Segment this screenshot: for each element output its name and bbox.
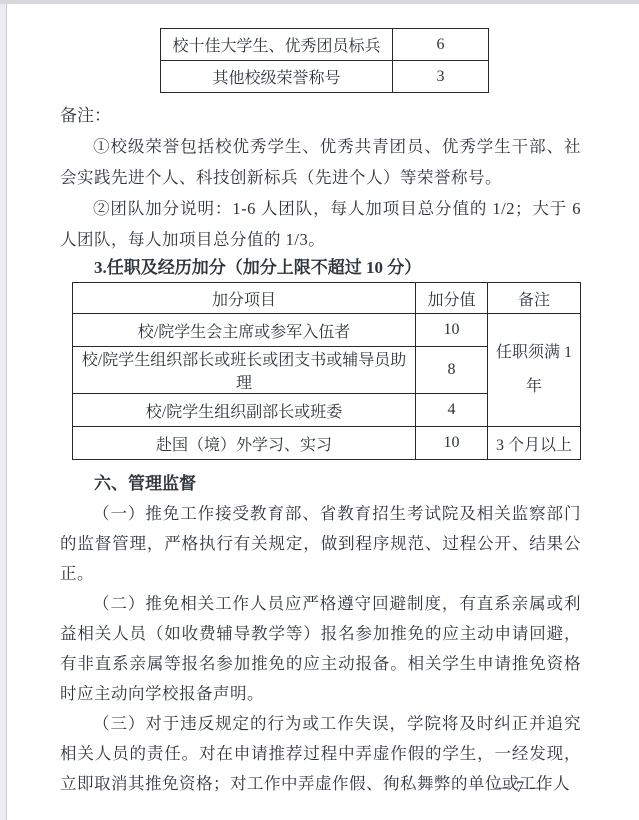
page-left-edge xyxy=(0,4,7,820)
note-paragraph-1: ①校级荣誉包括校优秀学生、优秀共青团员、优秀学生干部、社会实践先进个人、科技创新… xyxy=(60,131,581,193)
page-number: — 7 — xyxy=(494,779,547,797)
honor-item-cell: 校十佳大学生、优秀团员标兵 xyxy=(161,29,393,61)
table-row: 其他校级荣誉称号 3 xyxy=(161,61,489,93)
notes-label: 备注： xyxy=(60,100,581,131)
note-paragraph-2: ②团队加分说明：1-6 人团队，每人加项目总分值的 1/2；大于 6 人团队，每… xyxy=(60,193,581,255)
position-item-cell: 赴国（境）外学习、实习 xyxy=(73,427,416,460)
honor-value-cell: 3 xyxy=(393,61,489,93)
position-score-table: 加分项目 加分值 备注 校/院学生会主席或参军入伍者 10 任职须满 1 年 校… xyxy=(72,282,581,460)
table-row: 校十佳大学生、优秀团员标兵 6 xyxy=(161,29,489,61)
position-value-cell: 4 xyxy=(416,394,488,427)
supervision-heading: 六、管理监督 xyxy=(60,469,581,499)
position-score-heading: 3.任职及经历加分（加分上限不超过 10 分） xyxy=(60,255,581,281)
position-item-cell: 校/院学生会主席或参军入伍者 xyxy=(73,314,416,347)
table-row: 校/院学生会主席或参军入伍者 10 任职须满 1 年 xyxy=(73,314,581,347)
table-header-row: 加分项目 加分值 备注 xyxy=(73,283,581,314)
column-header-remark: 备注 xyxy=(488,283,581,314)
honor-score-table: 校十佳大学生、优秀团员标兵 6 其他校级荣誉称号 3 xyxy=(160,28,489,93)
supervision-paragraph-1: （一）推免工作接受教育部、省教育招生考试院及相关监察部门的监督管理，严格执行有关… xyxy=(60,499,581,589)
column-header-item: 加分项目 xyxy=(73,283,416,314)
supervision-paragraph-2: （二）推免相关工作人员应严格遵守回避制度，有直系亲属或利益相关人员（如收费辅导教… xyxy=(60,589,581,709)
column-header-value: 加分值 xyxy=(416,283,488,314)
position-item-cell: 校/院学生组织副部长或班委 xyxy=(73,394,416,427)
document-page: 校十佳大学生、优秀团员标兵 6 其他校级荣誉称号 3 备注： ①校级荣誉包括校优… xyxy=(60,4,581,799)
position-value-cell: 8 xyxy=(416,347,488,394)
table-row: 赴国（境）外学习、实习 10 3 个月以上 xyxy=(73,427,581,460)
honor-item-cell: 其他校级荣誉称号 xyxy=(161,61,393,93)
position-value-cell: 10 xyxy=(416,427,488,460)
honor-value-cell: 6 xyxy=(393,29,489,61)
position-value-cell: 10 xyxy=(416,314,488,347)
position-item-cell: 校/院学生组织部长或班长或团支书或辅导员助理 xyxy=(73,347,416,394)
position-remark-merged-cell: 任职须满 1 年 xyxy=(488,314,581,427)
position-remark-cell: 3 个月以上 xyxy=(488,427,581,460)
